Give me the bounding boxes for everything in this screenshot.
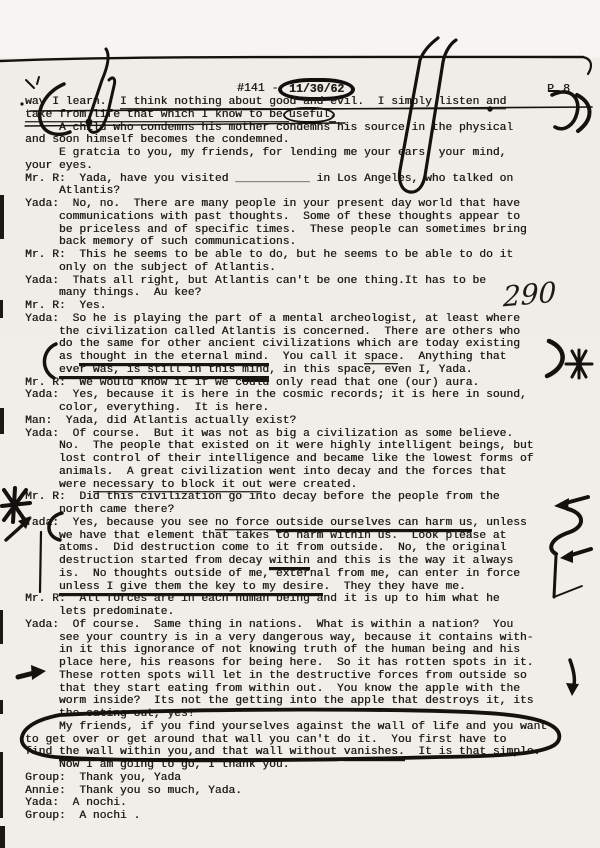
transcript-line: lost control of their intelligence and b… bbox=[0, 453, 600, 466]
transcript-line: to get over or get around that wall you … bbox=[0, 734, 600, 747]
page-number: 8 bbox=[563, 83, 570, 96]
transcript-line: find the wall within you,and that wall w… bbox=[0, 746, 600, 759]
transcript-line: the eating out, yes! bbox=[0, 708, 600, 721]
transcript-line: in it this ignorance of not knowing trut… bbox=[0, 644, 600, 657]
transcript-line: is. No thoughts outside of me, external … bbox=[0, 568, 600, 581]
transcript-line: E gratcia to you, my friends, for lendin… bbox=[0, 147, 600, 160]
transcript-line: Group: Thank you, Yada bbox=[0, 772, 600, 785]
transcript-line: atoms. Did destruction come to it from o… bbox=[0, 542, 600, 555]
transcript-line: Group: A nochi . bbox=[0, 810, 600, 823]
transcript-line: that they start eating from within out. … bbox=[0, 683, 600, 696]
handwritten-number: 290 bbox=[503, 276, 557, 314]
transcript-line: No. The people that existed on it were h… bbox=[0, 440, 600, 453]
transcript-line: be priceless and of specific times. Thes… bbox=[0, 224, 600, 237]
transcript-line: color, everything. It is here. bbox=[0, 402, 600, 415]
transcript-line: Mr. R: We would know it if we could only… bbox=[0, 377, 600, 390]
transcript-line: only on the subject of Atlantis. bbox=[0, 262, 600, 275]
transcript-line: Yada: So he is playing the part of a men… bbox=[0, 313, 600, 326]
scan-artifact bbox=[0, 700, 3, 714]
transcript-line: Yada: Yes, because it is here in the cos… bbox=[0, 389, 600, 402]
scanned-document-page: #141 - 11/30/62 P 8 way I learn. I think… bbox=[0, 0, 600, 848]
transcript-line: These rotten spots will let in the destr… bbox=[0, 670, 600, 683]
scan-artifact bbox=[0, 195, 4, 239]
transcript-line: Yada: Of course. But it was not as big a… bbox=[0, 428, 600, 441]
transcript-line: Annie: Thank you so much, Yada. bbox=[0, 785, 600, 798]
transcript-line: My friends, if you find yourselves again… bbox=[0, 721, 600, 734]
scan-artifact bbox=[0, 610, 3, 644]
transcript-line: Yada: No, no. There are many people in y… bbox=[0, 198, 600, 211]
transcript-line: place here, his reasons for being here. … bbox=[0, 657, 600, 670]
transcript-line: see your country is in a very dangerous … bbox=[0, 632, 600, 645]
transcript-line: your eyes. bbox=[0, 160, 600, 173]
transcript-line: communications with past thoughts. Some … bbox=[0, 211, 600, 224]
transcript-line: animals. A great civilization went into … bbox=[0, 466, 600, 479]
scan-artifact bbox=[0, 408, 4, 434]
session-number: #141 - bbox=[237, 82, 278, 95]
page-letter: P bbox=[547, 83, 554, 96]
transcript: way I learn. I think nothing about good … bbox=[0, 96, 600, 823]
transcript-line: were necessary to block it out were crea… bbox=[0, 479, 600, 492]
transcript-line: do the same for other ancient civilizati… bbox=[0, 338, 600, 351]
transcript-line: north came there? bbox=[0, 504, 600, 517]
transcript-line: Now I am going to go, I thank you. bbox=[0, 759, 600, 772]
transcript-line: Mr. R: Did this civilization go into dec… bbox=[0, 491, 600, 504]
transcript-line: Mr. R: This he seems to be able to do, b… bbox=[0, 249, 600, 262]
transcript-line: ever was, is still in this mind, in this… bbox=[0, 364, 600, 377]
transcript-line: unless I give them the key to my desire.… bbox=[0, 581, 600, 594]
transcript-line: destruction started from decay within an… bbox=[0, 555, 600, 568]
transcript-line: worm inside? Its not the getting into th… bbox=[0, 695, 600, 708]
transcript-line: Man: Yada, did Atlantis actually exist? bbox=[0, 415, 600, 428]
scan-artifact bbox=[0, 300, 3, 318]
transcript-line: as thought in the eternal mind. You call… bbox=[0, 351, 600, 364]
transcript-line: Mr. R: Yada, have you visited __________… bbox=[0, 173, 600, 186]
transcript-line: and soon himself becomes the condemned. bbox=[0, 134, 600, 147]
transcript-line: Yada: Yes, because you see no force outs… bbox=[0, 517, 600, 530]
scan-artifact bbox=[0, 826, 5, 848]
transcript-line: A child who condemns his mother condemns… bbox=[0, 122, 600, 135]
transcript-line: Yada: Of course. Same thing in nations. … bbox=[0, 619, 600, 632]
transcript-line: Yada: A nochi. bbox=[0, 797, 600, 810]
transcript-line: Mr. R: All forces are in each human bein… bbox=[0, 593, 600, 606]
page-top-edge-line bbox=[0, 57, 591, 74]
scan-artifact bbox=[0, 752, 3, 818]
transcript-line: the civilization called Atlantis is conc… bbox=[0, 326, 600, 339]
transcript-line: back memory of such communications. bbox=[0, 236, 600, 249]
transcript-line: we have that element that takes to harm … bbox=[0, 530, 600, 543]
transcript-line: Atlantis? bbox=[0, 185, 600, 198]
transcript-line: lets predominate. bbox=[0, 606, 600, 619]
transcript-line: take from life that which I know to be u… bbox=[0, 109, 600, 122]
